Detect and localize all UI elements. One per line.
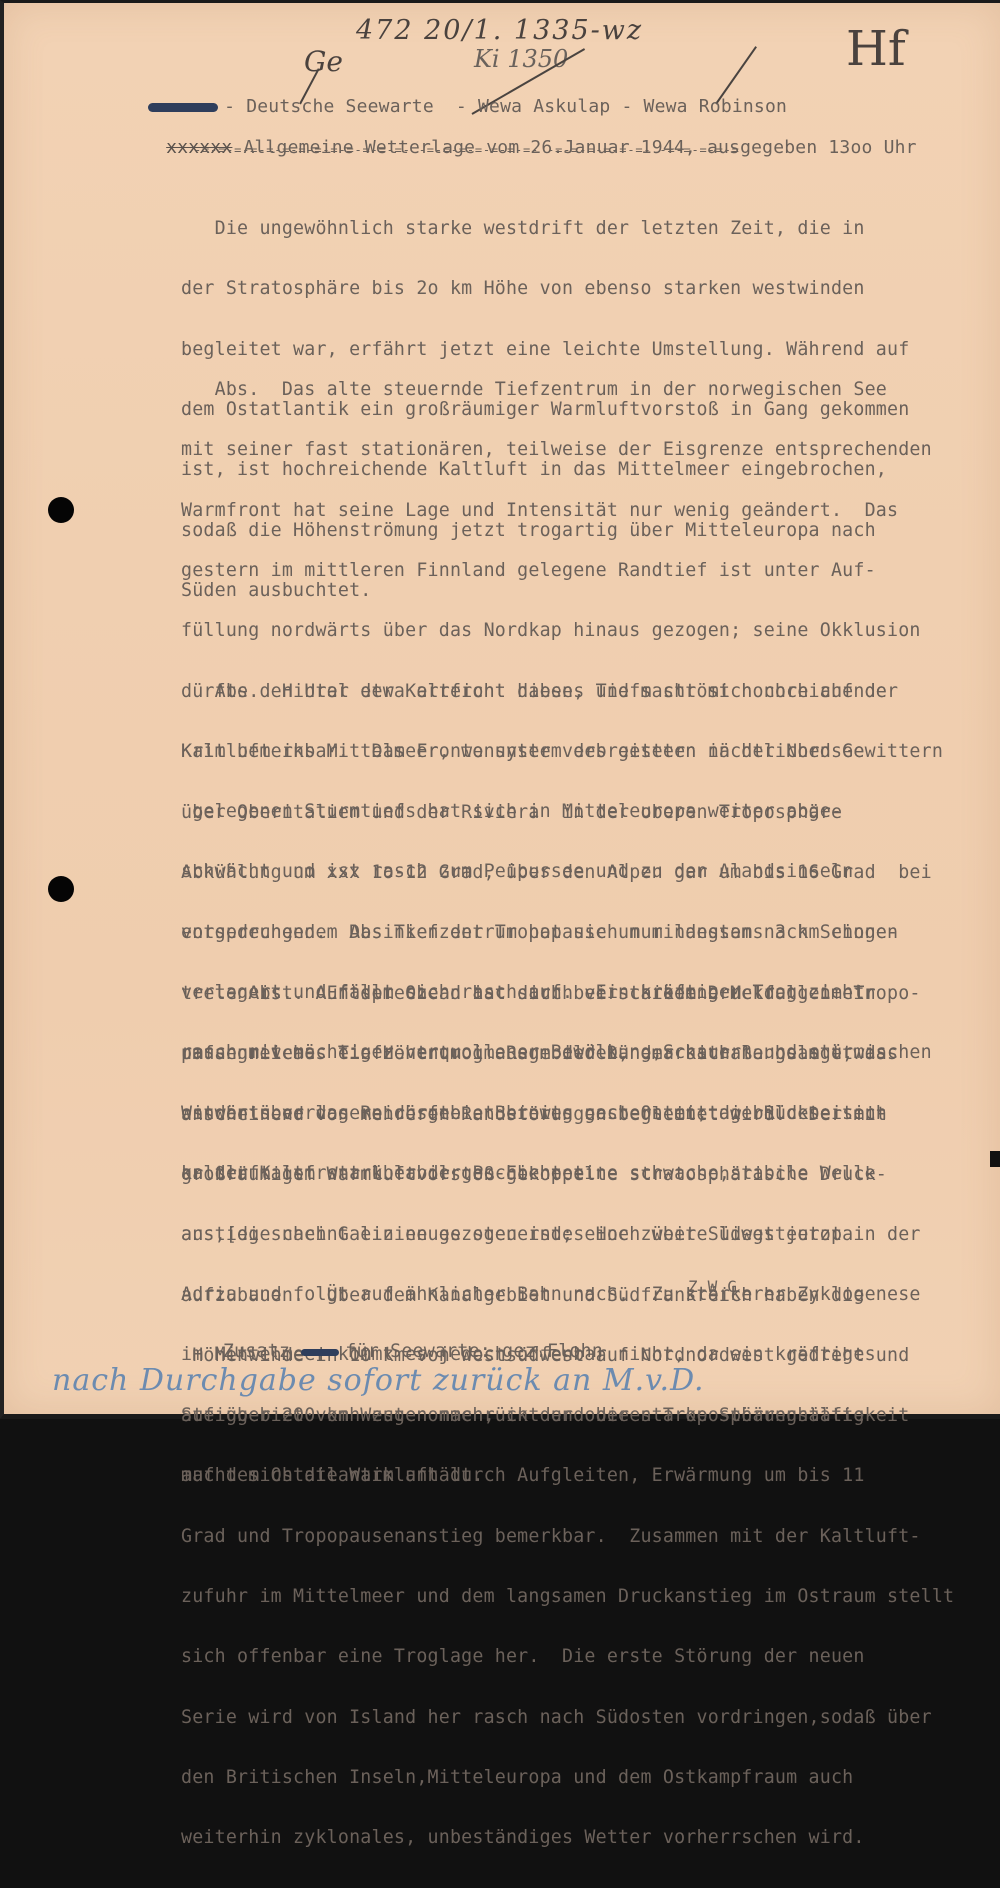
handwritten-reference: 472 20/1. 1335-wz — [356, 15, 643, 46]
text-line: füllung nordwärts über das Nordkap hinau… — [181, 621, 932, 641]
distribution-recipients: - Deutsche Seewarte - Wewa Askulap - Wew… — [224, 96, 787, 117]
text-line: entsprechendem Absinken der Tropopause u… — [181, 923, 943, 943]
handwritten-initial-left: Ge — [304, 45, 343, 78]
edge-mark — [990, 1151, 1000, 1167]
text-line: mit seiner fast stationären, teilweise d… — [181, 440, 932, 460]
text-line: Abs. Auf dem Ozean ist durch verschieden… — [181, 984, 954, 1004]
text-line: anscheinend von mehreren Randstörungen b… — [181, 1105, 954, 1125]
text-line: Abs. Das alte steuernde Tiefzentrum in d… — [181, 380, 932, 400]
text-line: auf über 200 kmh zugenommen; in der ober… — [181, 1406, 954, 1419]
text-line: Abkühlung um xxx 1o-12 Grad, über den Al… — [181, 863, 943, 883]
text-line: gestern im mittleren Finnland gelegene R… — [181, 561, 932, 581]
text-line: großräumigem Warmluftvorstoß gekoppelte … — [181, 1165, 954, 1185]
text-line: anstieg scheint ein neues steuerndes Hoc… — [181, 1225, 954, 1245]
text-line: umfangreiches Tiefzentrum im Raum der Dä… — [181, 1044, 954, 1064]
handwritten-routing-note: nach Durchgabe sofort zurück an M.v.D. — [52, 1363, 705, 1398]
redaction-mark — [301, 1349, 339, 1356]
handwritten-received: Ki 1350 — [474, 45, 568, 73]
text-line: aufzubauen. Über dem Kanalgebiet und Süd… — [181, 1286, 954, 1306]
punch-hole-lower — [48, 876, 74, 902]
addendum-suffix: für Seewarte: gez.Flohn — [345, 1341, 603, 1362]
punch-hole-upper — [48, 497, 74, 523]
text-line: über Oberitalien und der Riviera in der … — [181, 803, 943, 823]
redaction-mark — [148, 103, 218, 112]
text-line: Kaltluft ins Mittelmeer, wo unter verbre… — [181, 742, 943, 762]
signature-initials: Z W G — [688, 1277, 737, 1297]
title-underline: -=-=-=-=-=-=-=-=-=-=-=-=-=- -=-=-=-=-=-=… — [194, 140, 740, 160]
text-line: der Stratosphäre bis 2o km Höhe von eben… — [181, 279, 909, 299]
addendum-prefix: Zusatz — [223, 1341, 290, 1362]
document-page: 472 20/1. 1335-wz Ki 1350 Ge Hf - Deutsc… — [0, 0, 1000, 1419]
text-line: Warmfront hat seine Lage und Intensität … — [181, 501, 932, 521]
text-line: Die ungewöhnlich starke westdrift der le… — [181, 219, 909, 239]
text-line: Abs. Hinter der Kaltfront dieses Tiefs s… — [181, 682, 943, 702]
handwritten-initial-right: Hf — [846, 21, 906, 77]
